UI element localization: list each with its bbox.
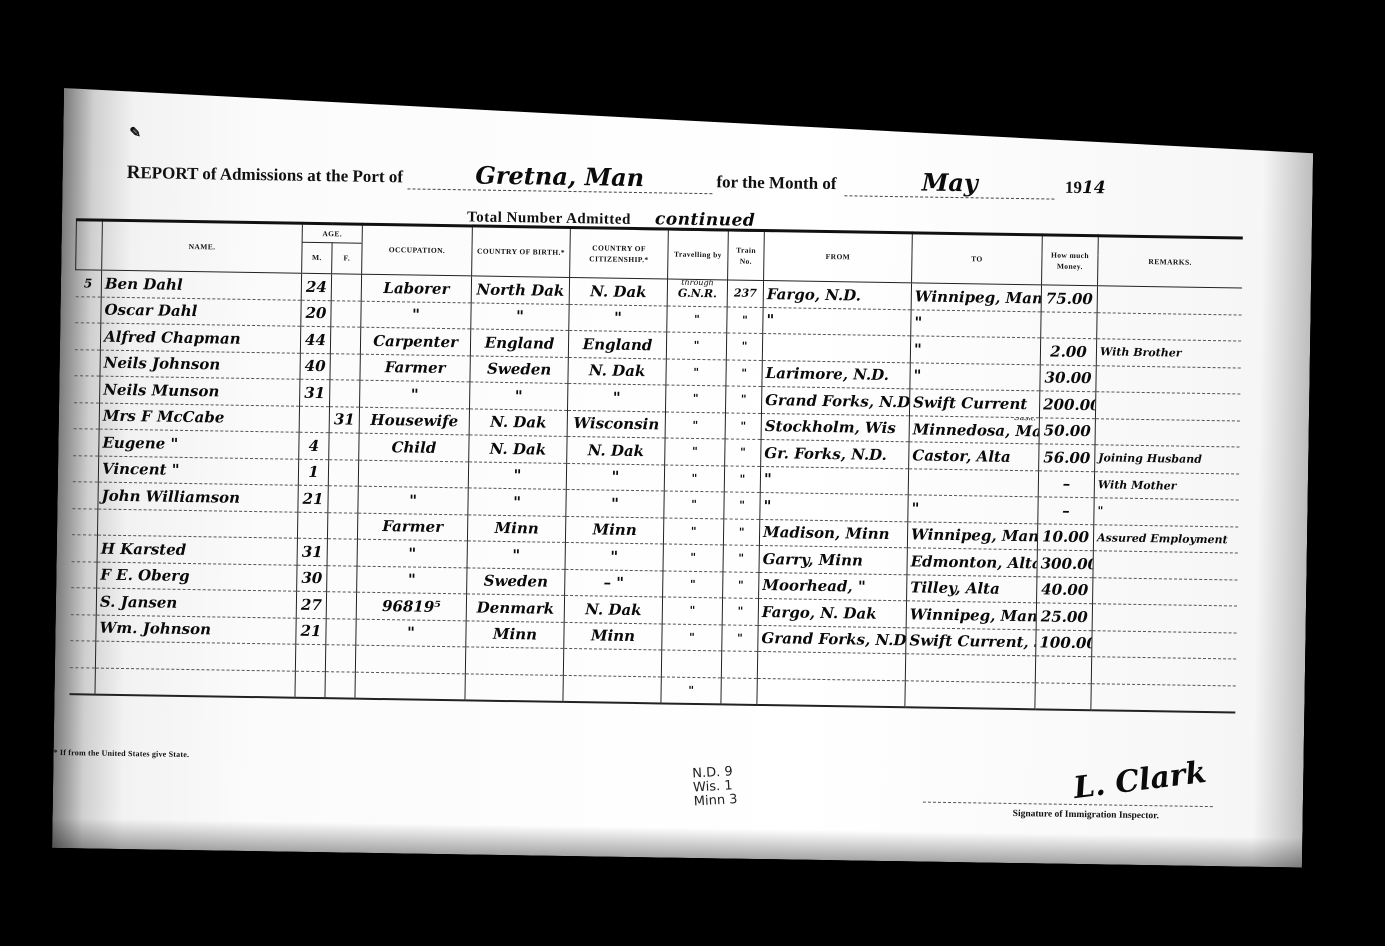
money-amount: 25.00 [1036, 603, 1092, 630]
corner-mark-icon: ✎ [129, 125, 141, 142]
country-of-citizenship: " [566, 489, 664, 517]
train-number [721, 677, 757, 705]
to-location: " [910, 336, 1040, 365]
country-of-birth: North Dak [471, 276, 569, 304]
country-of-birth: Denmark [466, 594, 564, 622]
train-number: 237 [727, 280, 763, 307]
from-location [762, 334, 910, 363]
passenger-name: H Karsted [97, 535, 297, 565]
title-prefix: EPORT of Admissions at the Port of [140, 163, 403, 186]
age-male: 21 [298, 485, 328, 512]
travelling-by: " [666, 332, 726, 359]
age-male: 31 [300, 379, 330, 406]
remarks: " [1094, 498, 1238, 527]
year-field: 1914 [1065, 178, 1106, 198]
occupation: " [357, 539, 467, 567]
country-of-birth: " [468, 488, 566, 516]
margin-note [71, 508, 97, 535]
signature-label: Signature of Immigration Inspector. [1013, 809, 1159, 821]
money-amount: – [1038, 497, 1094, 524]
train-number: " [724, 465, 760, 492]
passenger-name: S. Jansen [96, 588, 296, 618]
to-location: Edmonton, Alta [907, 548, 1037, 577]
age-female: 31 [329, 406, 359, 433]
passenger-name: Oscar Dahl [101, 297, 301, 327]
money-amount: 200.00 [1039, 391, 1095, 418]
train-number: " [723, 545, 759, 572]
travelling-by: " [662, 597, 722, 624]
country-of-birth [465, 673, 563, 702]
travelling-by: " [665, 438, 725, 465]
header-occupation: OCCUPATION. [362, 224, 473, 276]
header-age: AGE. [302, 223, 362, 243]
money-amount: 30.00 [1040, 364, 1096, 391]
margin-note [72, 482, 98, 509]
from-location: Fargo, N.D. [763, 281, 911, 310]
train-number: " [726, 333, 762, 360]
age-female [326, 618, 356, 645]
to-location: " [908, 495, 1038, 524]
country-of-birth: " [468, 461, 566, 489]
passenger-name [95, 668, 295, 698]
from-location: " [763, 307, 911, 336]
occupation [355, 672, 465, 701]
train-number [721, 651, 757, 678]
occupation [358, 460, 468, 488]
margin-note [74, 376, 100, 403]
margin-note [74, 349, 100, 376]
travelling-by: " [661, 676, 721, 704]
money-amount: – [1038, 470, 1094, 497]
margin-note [73, 402, 99, 429]
country-of-citizenship [563, 675, 661, 704]
to-location [905, 654, 1035, 683]
country-of-birth: England [470, 329, 568, 357]
remarks: With Brother [1096, 339, 1240, 368]
passenger-name [97, 509, 297, 539]
from-location [757, 678, 905, 707]
margin-note [70, 588, 96, 615]
remarks [1092, 630, 1236, 659]
age-male: 21 [296, 618, 326, 645]
country-of-birth: " [471, 302, 569, 330]
remarks [1092, 604, 1236, 633]
passenger-name [95, 641, 295, 671]
to-location: " [911, 309, 1041, 338]
country-of-citizenship: N. Dak [567, 436, 665, 464]
remarks: With Mother [1094, 471, 1238, 500]
from-location: Grand Forks, N.D. [758, 625, 906, 654]
occupation: " [356, 619, 466, 647]
age-male: 24 [301, 273, 331, 300]
to-location: " [910, 362, 1040, 391]
country-of-citizenship: Minn [565, 516, 663, 544]
remarks [1093, 577, 1237, 606]
from-location: Madison, Minn [759, 519, 907, 548]
age-female [331, 300, 361, 327]
margin-note [75, 296, 101, 323]
country-of-birth: Sweden [467, 567, 565, 595]
admissions-table: NAME. AGE. OCCUPATION. COUNTRY OF BIRTH.… [68, 218, 1242, 713]
age-female [330, 353, 360, 380]
age-female [327, 565, 357, 592]
month-field: May [845, 166, 1055, 199]
age-female [330, 380, 360, 407]
age-female [328, 486, 358, 513]
from-location [757, 651, 905, 680]
passenger-name: Wm. Johnson [96, 615, 296, 645]
header-country-birth: COUNTRY OF BIRTH.* [472, 226, 571, 278]
from-location: Grand Forks, N.D. [761, 386, 909, 415]
age-female [329, 433, 359, 460]
month-label: for the Month of [716, 172, 836, 193]
header-train-no: Train No. [728, 230, 765, 281]
remarks [1096, 365, 1240, 394]
passenger-name: Neils Johnson [100, 350, 300, 380]
age-female [326, 592, 356, 619]
passenger-name: John Williamson [98, 482, 298, 512]
passenger-name: Vincent " [98, 456, 298, 486]
country-of-citizenship: " [569, 304, 667, 332]
from-location: Stockholm, Wis [761, 413, 909, 442]
remarks [1097, 312, 1241, 341]
travelling-by: throughG.N.R. [667, 279, 727, 306]
country-of-citizenship: Wisconsin [567, 410, 665, 438]
from-location: Garry, Minn [759, 545, 907, 574]
remarks [1097, 286, 1241, 315]
from-location: " [760, 492, 908, 521]
country-of-birth: " [470, 382, 568, 410]
occupation: Farmer [357, 513, 467, 541]
to-location: Swift Current, Sask [906, 627, 1036, 656]
travelling-by: " [663, 570, 723, 597]
to-location: Castor, Alta [909, 442, 1039, 471]
occupation: " [361, 301, 471, 329]
train-number: " [722, 624, 758, 651]
passenger-name: Mrs F McCabe [99, 403, 299, 433]
country-of-birth [465, 647, 563, 675]
train-number: " [723, 518, 759, 545]
remarks [1095, 418, 1239, 447]
remarks [1095, 392, 1239, 421]
travelling-by: " [664, 464, 724, 491]
train-number: " [726, 359, 762, 386]
margin-note [69, 641, 95, 668]
money-amount [1035, 656, 1091, 683]
age-male [295, 644, 325, 671]
margin-note [71, 561, 97, 588]
country-of-birth: N. Dak [469, 408, 567, 436]
age-male: 20 [301, 300, 331, 327]
age-female [325, 671, 355, 698]
header-money: How much Money. [1042, 235, 1099, 286]
remarks [1093, 551, 1237, 580]
age-male [297, 512, 327, 539]
from-location: Fargo, N. Dak [758, 598, 906, 627]
country-of-birth: Minn [466, 620, 564, 648]
age-male: 31 [297, 538, 327, 565]
country-of-citizenship: " [565, 542, 663, 570]
money-amount: 56.00 [1039, 444, 1095, 471]
age-male: 40 [300, 353, 330, 380]
passenger-name: Alfred Chapman [100, 323, 300, 353]
pencil-tally: N.D. 9 Wis. 1 Minn 3 [692, 765, 738, 809]
age-male: 1 [298, 459, 328, 486]
age-female [330, 327, 360, 354]
occupation: Housewife [359, 407, 469, 435]
remarks [1091, 683, 1235, 712]
travelling-by: " [663, 544, 723, 571]
occupation: " [357, 566, 467, 594]
age-female [331, 274, 361, 301]
country-of-birth: N. Dak [469, 435, 567, 463]
from-location: Moorhead, " [759, 572, 907, 601]
travelling-by: " [667, 306, 727, 333]
train-number: " [725, 439, 761, 466]
to-location: Winnipeg, Man [906, 601, 1036, 630]
header-remarks: REMARKS. [1098, 236, 1243, 288]
header-from: FROM [764, 231, 913, 283]
remarks: Joining Husband [1095, 445, 1239, 474]
scan-shadow [52, 818, 1302, 868]
country-of-birth: Minn [467, 514, 565, 542]
header-name: NAME. [102, 220, 303, 273]
age-male: 30 [297, 565, 327, 592]
age-female [327, 512, 357, 539]
age-male [295, 671, 325, 698]
header-to: TO [912, 233, 1043, 285]
train-number: " [726, 386, 762, 413]
train-number: " [725, 412, 761, 439]
signature-line [923, 802, 1213, 808]
occupation: Carpenter [360, 327, 470, 355]
country-of-citizenship: " [566, 463, 664, 491]
margin-note [69, 667, 95, 694]
money-amount: 300.00 [1037, 550, 1093, 577]
money-amount: 75.00 [1041, 285, 1097, 312]
header-age-m: M. [302, 242, 332, 273]
money-amount [1041, 311, 1097, 338]
country-of-citizenship: – " [565, 569, 663, 597]
money-amount [1035, 682, 1091, 710]
occupation: Laborer [361, 274, 471, 302]
train-number: " [724, 492, 760, 519]
footnote: * If from the United States give State. [53, 748, 189, 759]
country-of-citizenship: " [568, 383, 666, 411]
passenger-name: Ben Dahl [101, 270, 301, 300]
to-location: Winnipeg, Man [911, 283, 1041, 312]
country-of-birth: " [467, 541, 565, 569]
money-amount: 50.00 [1039, 417, 1095, 444]
occupation: " [358, 486, 468, 514]
age-male [299, 406, 329, 433]
travelling-by: " [663, 517, 723, 544]
passenger-name: F E. Oberg [97, 562, 297, 592]
margin-note [71, 535, 97, 562]
country-of-citizenship: N. Dak [569, 277, 667, 305]
passenger-name: Neils Munson [100, 376, 300, 406]
country-of-citizenship [563, 648, 661, 676]
to-location [905, 680, 1035, 709]
margin-note [73, 429, 99, 456]
travelling-by: " [666, 358, 726, 385]
from-location: Larimore, N.D. [762, 360, 910, 389]
country-of-birth: Sweden [470, 355, 568, 383]
header-age-f: F. [332, 243, 362, 274]
inspector-signature: L. Clark [1072, 755, 1209, 806]
country-of-citizenship: Minn [564, 622, 662, 650]
margin-header [76, 220, 103, 270]
occupation: 96819⁵ [356, 592, 466, 620]
margin-note [74, 323, 100, 350]
header-country-citizenship: COUNTRY OF CITIZENSHIP.* [570, 227, 669, 279]
occupation: Child [359, 433, 469, 461]
money-amount: 100.00 [1036, 629, 1092, 656]
country-of-citizenship: England [568, 330, 666, 358]
money-amount: 10.00 [1037, 523, 1093, 550]
occupation [355, 645, 465, 673]
money-amount: 2.00 [1040, 338, 1096, 365]
occupation: Farmer [360, 354, 470, 382]
margin-note [70, 614, 96, 641]
report-title: REPORT of Admissions at the Port of Gret… [126, 155, 1105, 200]
from-location: " [760, 466, 908, 495]
margin-note: 5 [75, 270, 101, 297]
train-number: " [722, 598, 758, 625]
country-of-citizenship: N. Dak [564, 595, 662, 623]
age-male: 4 [299, 432, 329, 459]
remarks: Assured Employment [1093, 524, 1237, 553]
margin-note [72, 455, 98, 482]
to-location: Tilley, Alta [907, 574, 1037, 603]
travelling-by: " [662, 623, 722, 650]
port-field: Gretna, Man [407, 159, 712, 194]
age-male: 27 [296, 591, 326, 618]
table-body: 5Ben Dahl24LaborerNorth DakN. Dakthrough… [69, 270, 1242, 713]
header-travelling-by: Travelling by [668, 229, 729, 280]
money-amount: 40.00 [1037, 576, 1093, 603]
occupation: " [360, 380, 470, 408]
travelling-by: " [665, 411, 725, 438]
travelling-by [661, 650, 721, 677]
passenger-name: Eugene " [99, 429, 299, 459]
train-number: " [723, 571, 759, 598]
age-female [325, 645, 355, 672]
document-sheet: ✎ REPORT of Admissions at the Port of Gr… [52, 88, 1314, 868]
age-male: 44 [300, 326, 330, 353]
remarks [1091, 657, 1235, 686]
from-location: Gr. Forks, N.D. [761, 439, 909, 468]
age-female [327, 539, 357, 566]
country-of-citizenship: N. Dak [568, 357, 666, 385]
title-initial: R [127, 162, 141, 183]
train-number: " [727, 306, 763, 333]
to-location: Sask.Minnedosa, Man [909, 415, 1039, 444]
to-location: Swift Current [909, 389, 1039, 418]
travelling-by: " [664, 491, 724, 518]
travelling-by: " [666, 385, 726, 412]
age-female [328, 459, 358, 486]
to-location [908, 468, 1038, 497]
to-location: Winnipeg, Man [907, 521, 1037, 550]
